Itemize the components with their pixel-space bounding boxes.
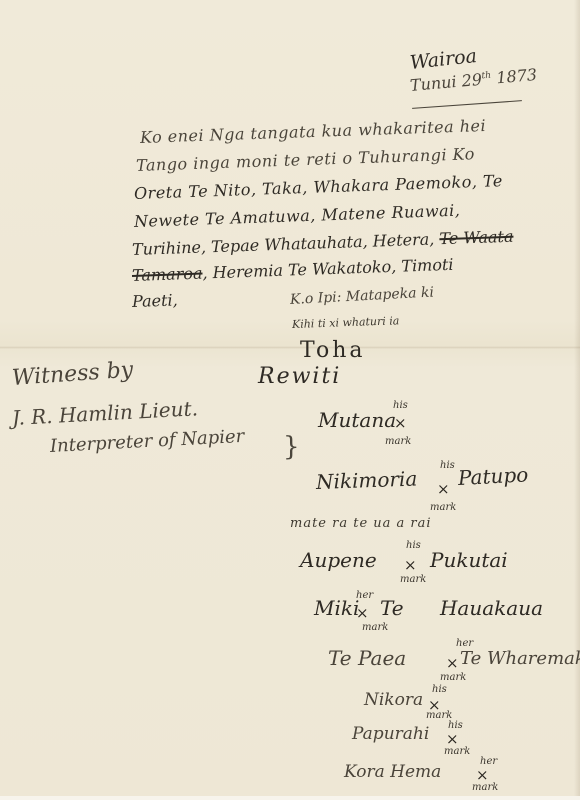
date-year: 1873 — [496, 65, 538, 87]
body-line-2: Tango inga moni te reti o Tuhurangi Ko — [136, 144, 475, 175]
his-label: his — [406, 540, 421, 551]
signature-nikimoria: Nikimoria — [316, 466, 418, 494]
note-3: mate ra te ua a rai — [290, 516, 432, 531]
witness-heading: Witness by — [11, 358, 134, 391]
body-line-5-text: Turihine, Tepae Whatauhata, Hetera, — [132, 229, 435, 259]
body-line-6-text: Heremia Te Wakatoko, Timoti — [212, 255, 453, 282]
mark-label: mark — [444, 746, 470, 757]
note-2: Kihi ti xi whaturi ia — [292, 314, 400, 331]
x-mark: × — [404, 556, 417, 574]
signature-aupene: Aupene — [300, 548, 377, 572]
document-page: Wairoa Tunui 29th 1873 Ko enei Nga tanga… — [0, 0, 580, 800]
x-mark: × — [446, 654, 459, 672]
body-line-6: Tamaroa, Heremia Te Wakatoko, Timoti — [132, 255, 454, 285]
signature-nikora: Nikora — [364, 690, 423, 710]
his-label: his — [393, 400, 408, 411]
body-line-4: Newete Te Amatuwa, Matene Ruawai, — [134, 201, 461, 231]
witness-brace: } — [283, 432, 300, 462]
mark-label: mark — [362, 622, 388, 633]
mark-label: mark — [472, 782, 498, 793]
his-label: his — [432, 684, 447, 695]
x-mark: × — [437, 480, 450, 498]
date-ordinal: th — [481, 71, 491, 82]
her-label: her — [356, 590, 373, 601]
signature-te-paea: Te Paea — [328, 646, 406, 670]
surname-patupo: Patupo — [457, 462, 528, 490]
witness-name: J. R. Hamlin Lieut. — [11, 396, 198, 430]
mark-label: mark — [430, 502, 456, 513]
signature-miki: Miki — [314, 596, 359, 620]
mark-label: mark — [385, 436, 411, 447]
signature-kora-hema: Kora Hema — [344, 762, 441, 782]
surname-wharemako: Te Wharemako — [460, 648, 580, 669]
body-line-1: Ko enei Nga tangata kua whakaritea hei — [140, 116, 487, 147]
place-name: Wairoa — [409, 45, 478, 74]
struck-name-1: Te Waata — [439, 227, 514, 249]
date-day-month: Tunui 29 — [409, 70, 483, 95]
body-line-3: Oreta Te Nito, Taka, Whakara Paemoko, Te — [134, 171, 504, 203]
mark-label: mark — [400, 574, 426, 585]
mark-label: mark — [440, 672, 466, 683]
surname-hauakaua: Te Hauakaua — [380, 596, 543, 620]
date-underline — [412, 100, 522, 109]
witness-title: Interpreter of Napier — [49, 426, 244, 457]
surname-pukutai: Pukutai — [430, 548, 508, 572]
body-line-7: Paeti, — [132, 290, 178, 311]
signature-papurahi: Papurahi — [352, 724, 429, 744]
body-line-5: Turihine, Tepae Whatauhata, Hetera, Te W… — [132, 227, 514, 259]
page-bottom-edge — [0, 796, 580, 800]
fold-crease — [0, 346, 580, 349]
page-edge — [574, 0, 580, 800]
note-1: K.o Ipi: Matapeka ki — [290, 284, 435, 308]
signature-rewiti: Rewiti — [258, 364, 341, 389]
his-label: his — [440, 460, 455, 471]
x-mark: × — [394, 414, 407, 432]
signature-mutana: Mutana — [318, 408, 396, 432]
struck-name-2: Tamaroa — [132, 264, 203, 285]
signature-toha: Toha — [300, 338, 366, 363]
x-mark: × — [356, 604, 369, 622]
